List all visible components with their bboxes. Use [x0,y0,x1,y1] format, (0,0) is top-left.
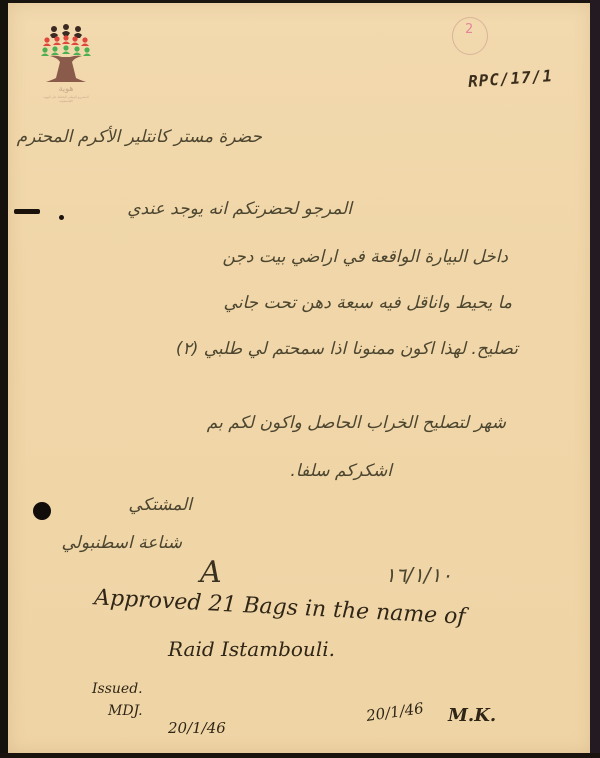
approval-line-1: Approved 21 Bags in the name of [94,585,467,629]
letter-line-6: اشكركم سلفا. [290,461,392,481]
right-initials: M.K. [448,705,496,726]
letter-line-4: تصليح. لهذا اكون ممنونا اذا سمحتم لي طلب… [176,339,518,359]
archive-logo: هوية المشروع الوطني للحفاظ على الهوية ال… [38,23,94,103]
letter-closing: المشتكي [128,495,192,515]
issued-label: Issued. [92,681,143,697]
letter-line-3: ما يحيط واناقل فيه سبعة دهن تحت جاني [224,293,512,313]
initial-mark: A [200,555,222,590]
letter-line-1: المرجو لحضرتكم انه يوجد عندي [127,199,352,219]
letter-salutation: حضرة مستر كانتلير الأكرم المحترم [17,127,262,147]
letter-date: ١٦/١/١٠ [385,563,452,587]
letter-signature: شناعة اسطنبولي [61,533,182,553]
page-number: 2 [465,22,473,37]
tree-with-people-icon [38,23,94,85]
document-page: هوية المشروع الوطني للحفاظ على الهوية ال… [8,3,592,753]
ink-mark [14,209,40,214]
right-date: 20/1/46 [365,699,425,725]
letter-line-2: داخل البيارة الواقعة في اراضي بيت دجن [222,247,508,267]
scan-border-bottom [0,753,600,758]
issued-initials: MDJ. [108,703,143,719]
scan-border-right [590,0,600,758]
logo-caption: هوية [38,85,94,93]
ink-mark-dot [59,215,64,220]
reference-number: RPC/17/1 [467,66,553,91]
letter-line-5: شهر لتصليح الخراب الحاصل واكون لكم بم [207,413,506,433]
logo-subcaption: المشروع الوطني للحفاظ على الهوية الفلسطي… [38,95,94,103]
ink-blot [33,502,51,520]
approval-line-2: Raid Istambouli. [168,637,335,661]
issued-date: 20/1/46 [168,719,226,737]
